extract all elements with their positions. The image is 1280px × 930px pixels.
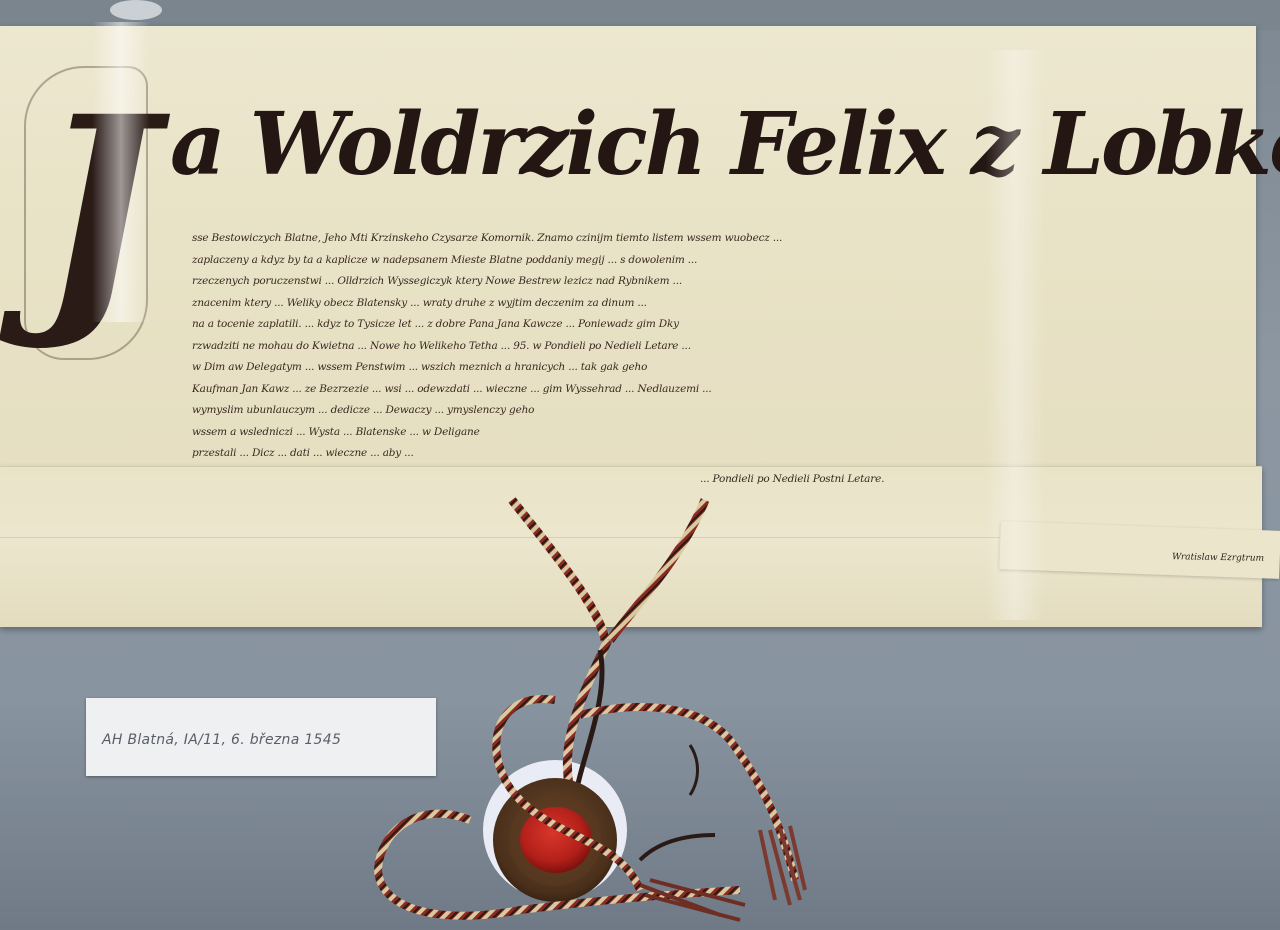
museum-label-card: AH Blatná, IA/11, 6. března 1545 (86, 698, 436, 776)
wax-seal-with-cords (0, 0, 1280, 930)
archive-reference-label: AH Blatná, IA/11, 6. března 1545 (102, 732, 341, 748)
